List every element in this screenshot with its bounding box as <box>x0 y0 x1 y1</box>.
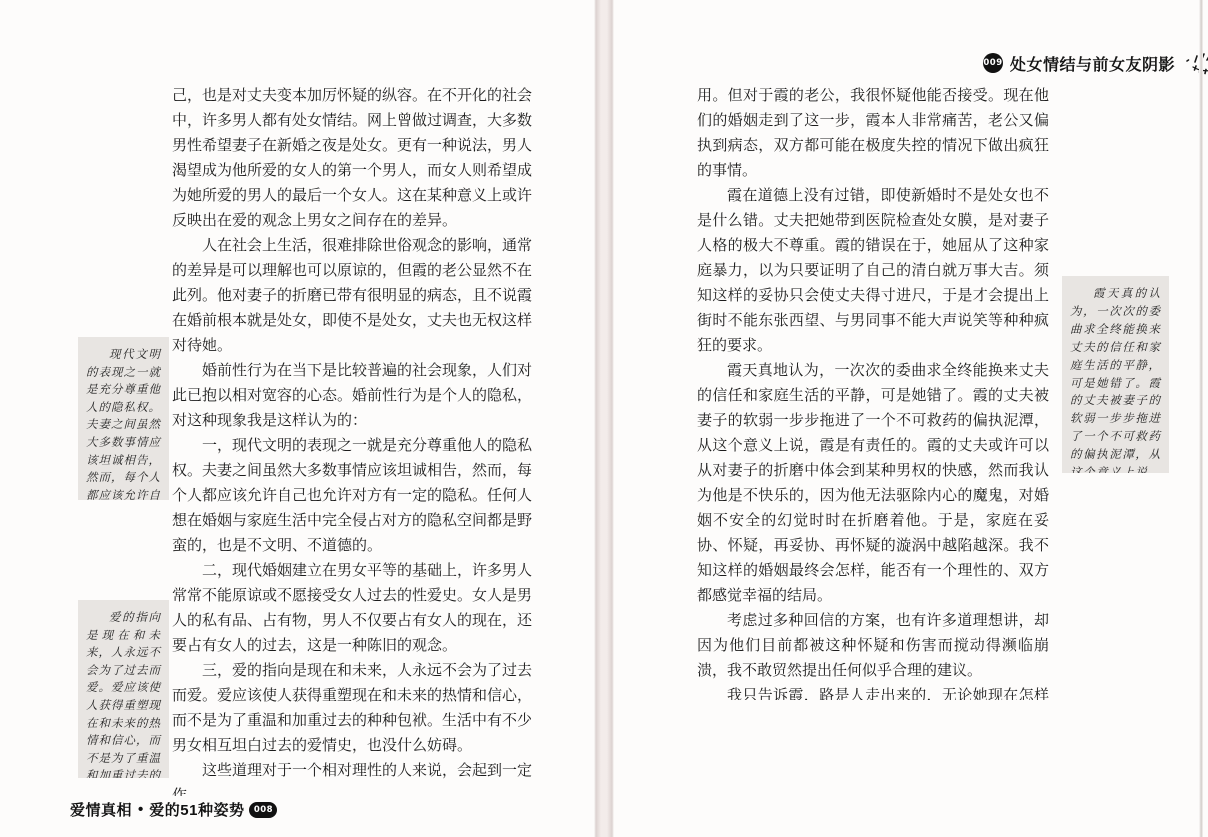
paragraph: 霞天真地认为，一次次的委曲求全终能换来丈夫的信任和家庭生活的平静，可是她错了。霞… <box>697 359 1049 609</box>
page-number-badge: 009 <box>983 53 1003 73</box>
chapter-title: 处女情结与前女友阴影 <box>1010 52 1175 75</box>
paragraph: 我只告诉霞，路是人走出来的，无论她现在怎样痛苦，想做出怎样的选择，一定要冷静，要… <box>697 684 1049 700</box>
margin-note: 霞天真的认为，一次次的委曲求全终能换来丈夫的信任和家庭生活的平静，可是她错了。霞… <box>1062 276 1169 473</box>
margin-note-text: 现代文明的表现之一就是充分尊重他人的隐私权。夫妻之间虽然大多数事情应该坦诚相告，… <box>86 347 161 500</box>
body-text-column-right: 用。但对于霞的老公，我很怀疑他能否接受。现在他们的婚姻走到了这一步，霞本人非常痛… <box>697 84 1049 700</box>
paragraph: 这些道理对于一个相对理性的人来说，会起到一定作 <box>172 759 532 796</box>
paragraph: 考虑过多种回信的方案，也有许多道理想讲，却因为他们目前都被这种怀疑和伤害而搅动得… <box>697 609 1049 684</box>
paragraph: 人在社会上生活，很难排除世俗观念的影响，通常的差异是可以理解也可以原谅的，但霞的… <box>172 234 532 359</box>
footer-separator: • <box>138 801 143 818</box>
page-footer: 爱情真相•爱的51种姿势 008 <box>70 799 277 820</box>
book-spread: 现代文明的表现之一就是充分尊重他人的隐私权。夫妻之间虽然大多数事情应该坦诚相告，… <box>0 0 1208 837</box>
margin-note-text: 霞天真的认为，一次次的委曲求全终能换来丈夫的信任和家庭生活的平静，可是她错了。霞… <box>1070 286 1161 473</box>
paragraph: 用。但对于霞的老公，我很怀疑他能否接受。现在他们的婚姻走到了这一步，霞本人非常痛… <box>697 84 1049 184</box>
series-title: 爱情真相 <box>70 799 132 820</box>
margin-note: 爱的指向是现在和未来，人永远不会为了过去而爱。爱应该使人获得重塑现在和未来的热情… <box>78 600 169 778</box>
paragraph: 霞在道德上没有过错，即使新婚时不是处女也不是什么错。丈夫把她带到医院检查处女膜，… <box>697 184 1049 359</box>
page-spine <box>594 0 614 837</box>
scribble-doodle-icon <box>1184 46 1208 76</box>
margin-note: 现代文明的表现之一就是充分尊重他人的隐私权。夫妻之间虽然大多数事情应该坦诚相告，… <box>78 337 169 500</box>
paragraph: 一，现代文明的表现之一就是充分尊重他人的隐私权。夫妻之间虽然大多数事情应该坦诚相… <box>172 434 532 559</box>
chapter-header: 009 处女情结与前女友阴影 <box>983 50 1208 76</box>
book-subtitle: 爱的51种姿势 <box>149 799 244 820</box>
paragraph: 二，现代婚姻建立在男女平等的基础上，许多男人常常不能原谅或不愿接受女人过去的性爱… <box>172 559 532 659</box>
margin-note-text: 爱的指向是现在和未来，人永远不会为了过去而爱。爱应该使人获得重塑现在和未来的热情… <box>86 610 161 778</box>
paragraph: 三，爱的指向是现在和未来，人永远不会为了过去而爱。爱应该使人获得重塑现在和未来的… <box>172 659 532 759</box>
page-edge-shadow <box>1199 0 1203 837</box>
paragraph: 己，也是对丈夫变本加厉怀疑的纵容。在不开化的社会中，许多男人都有处女情结。网上曾… <box>172 84 532 234</box>
page-number-badge: 008 <box>249 802 277 818</box>
paragraph: 婚前性行为在当下是比较普遍的社会现象，人们对此已抱以相对宽容的心态。婚前性行为是… <box>172 359 532 434</box>
body-text-column-left: 己，也是对丈夫变本加厉怀疑的纵容。在不开化的社会中，许多男人都有处女情结。网上曾… <box>172 84 532 796</box>
